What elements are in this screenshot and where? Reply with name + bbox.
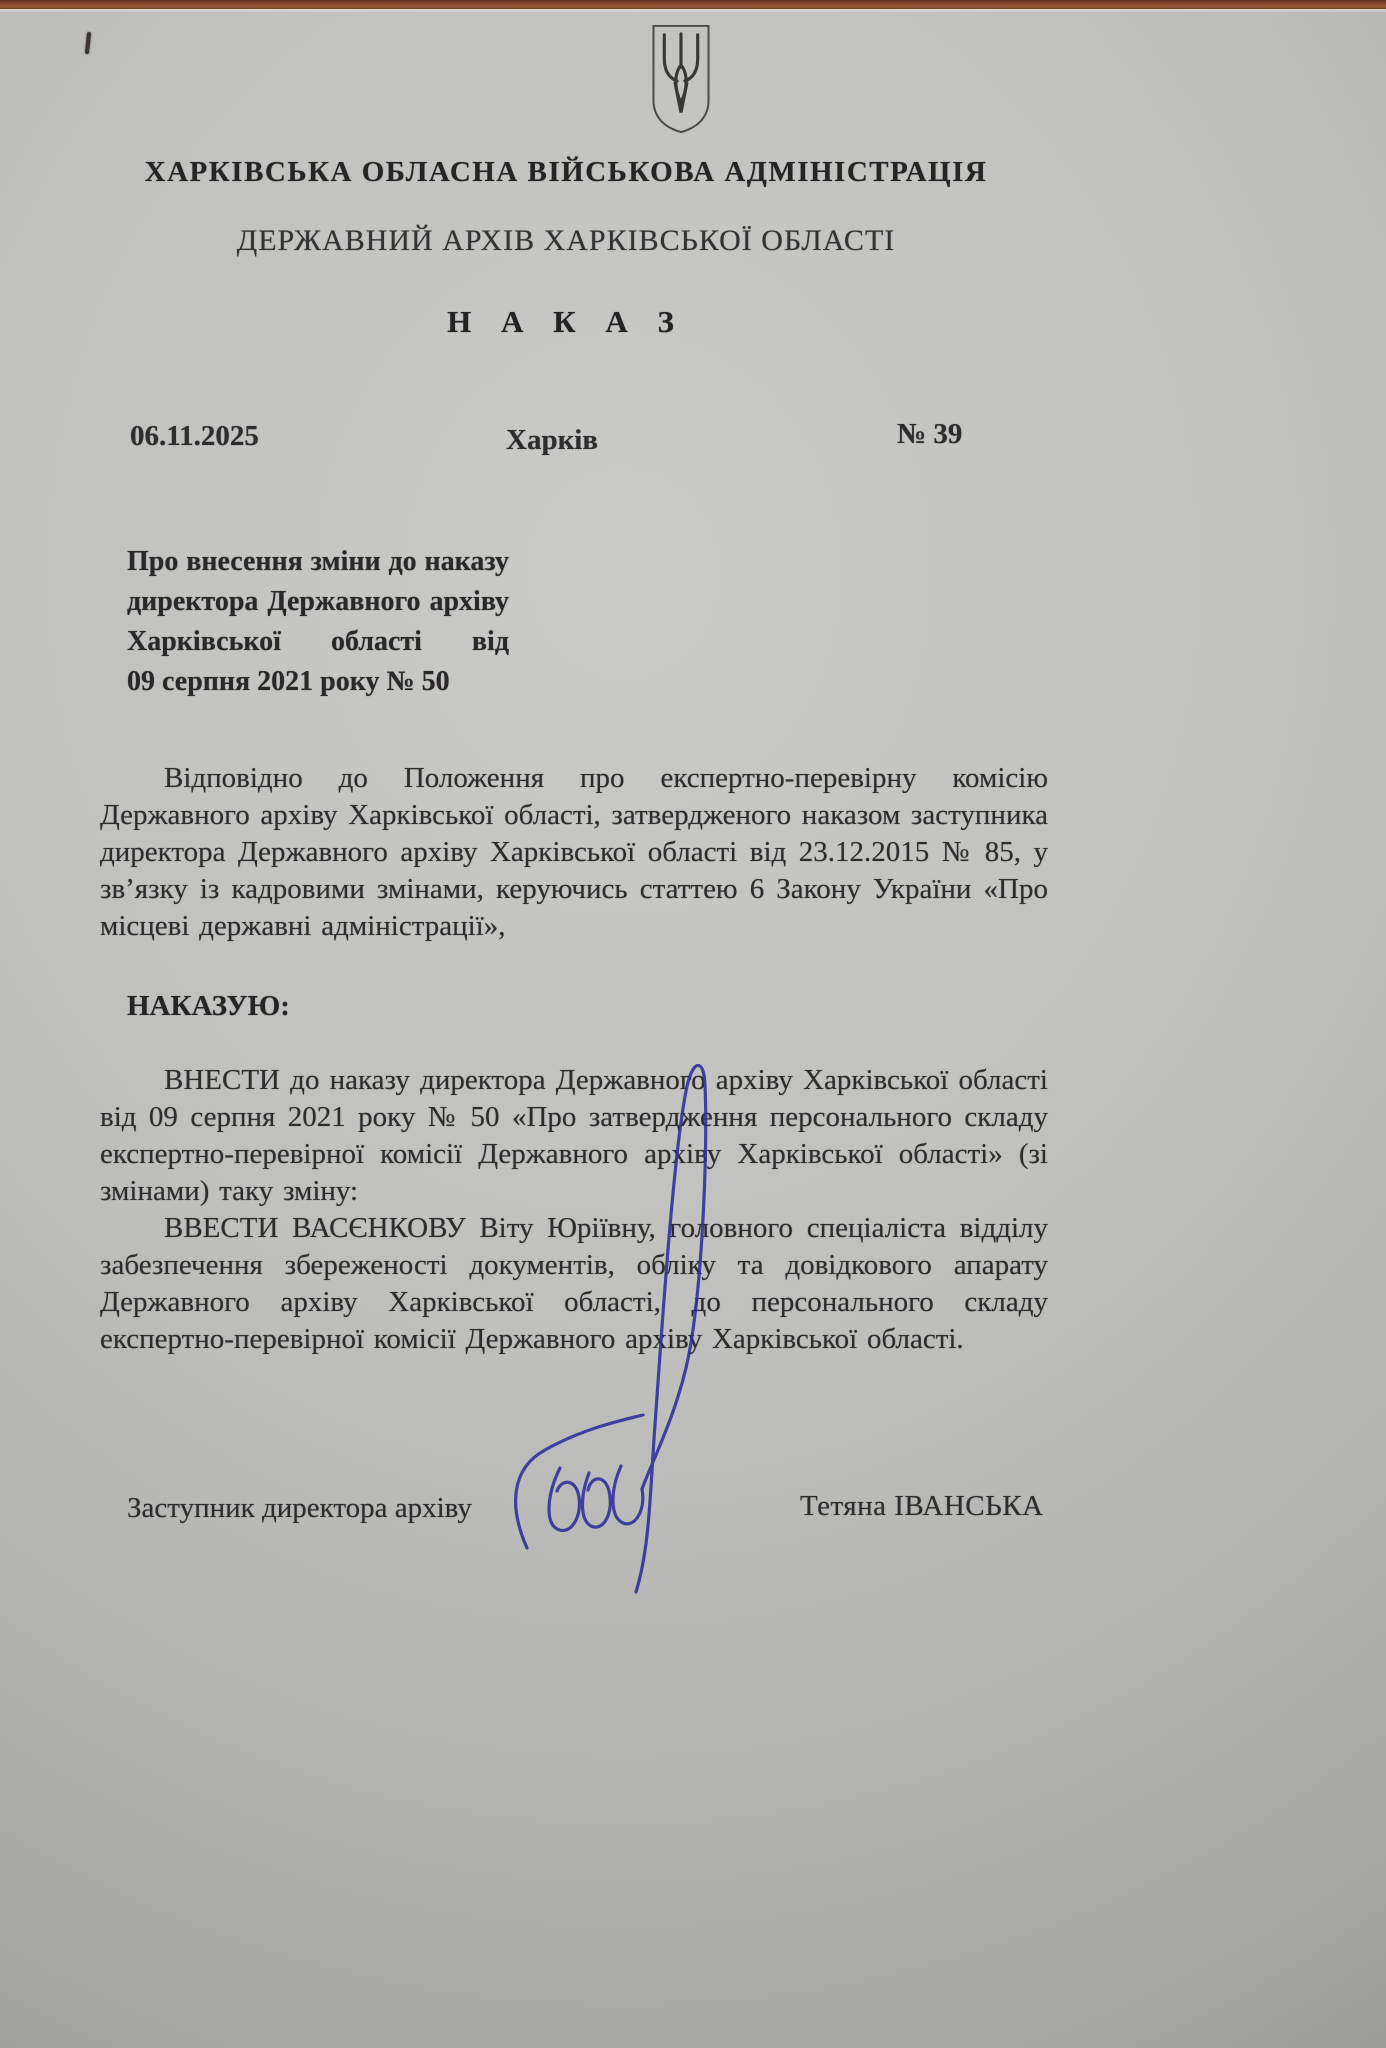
paper-edge-highlight — [0, 9, 1386, 13]
trident-emblem-icon — [644, 22, 718, 136]
body-paragraph-appointment: ВВЕСТИ ВАСЄНКОВУ Віту Юріївну, головного… — [100, 1210, 1048, 1358]
scanned-order-document: ХАРКІВСЬКА ОБЛАСНА ВІЙСЬКОВА АДМІНІСТРАЦ… — [0, 0, 1386, 2048]
authority-name: ХАРКІВСЬКА ОБЛАСНА ВІЙСЬКОВА АДМІНІСТРАЦ… — [0, 156, 1132, 189]
order-date: 06.11.2025 — [130, 420, 259, 453]
document-type-title: Н А К А З — [0, 304, 1132, 340]
signatory-name: Тетяна ІВАНСЬКА — [800, 1490, 1044, 1523]
decree-word: НАКАЗУЮ: — [127, 990, 290, 1023]
order-subject: Про внесення зміни до наказу директора Д… — [127, 542, 509, 702]
order-number: № 39 — [897, 418, 962, 451]
subject-line-4: 09 серпня 2021 року № 50 — [127, 662, 509, 702]
subject-line-3: Харківської області від — [127, 622, 509, 662]
body-paragraph-amendment: ВНЕСТИ до наказу директора Державного ар… — [100, 1062, 1048, 1210]
body-paragraph-preamble: Відповідно до Положення про експертно-пе… — [100, 760, 1048, 945]
subject-line-1: Про внесення зміни до наказу — [127, 542, 509, 582]
institution-name: ДЕРЖАВНИЙ АРХІВ ХАРКІВСЬКОЇ ОБЛАСТІ — [0, 224, 1132, 258]
subject-line-2: директора Державного архіву — [127, 582, 509, 622]
table-edge-strip — [0, 0, 1386, 9]
order-city: Харків — [506, 424, 598, 457]
signatory-position: Заступник директора архіву — [127, 1492, 472, 1525]
